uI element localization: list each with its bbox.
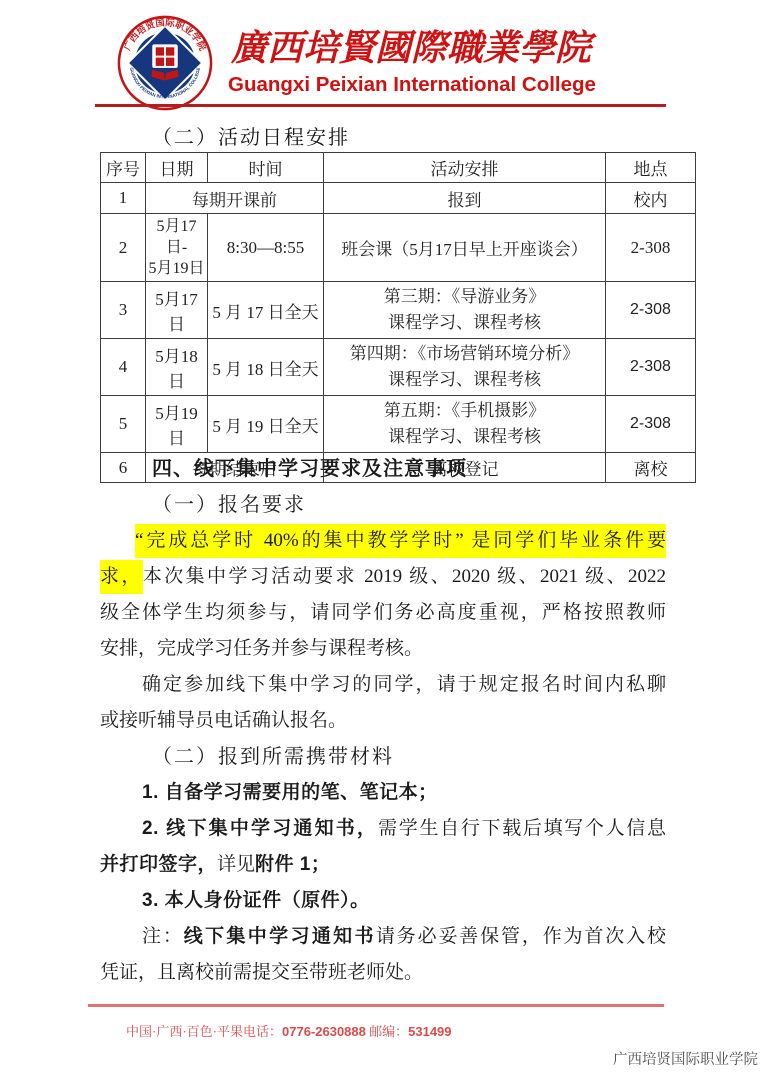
- col-header-date: 日期: [146, 153, 208, 183]
- cell-location: 2-308: [606, 339, 696, 396]
- document-page: 广西培贤国际职业学院 GUANGXI PEIXIAN INTERNATIONAL…: [0, 0, 764, 1080]
- cell-activity: 报到: [324, 183, 606, 214]
- cell-activity: 第三期：《导游业务》 课程学习、课程考核: [324, 282, 606, 339]
- cell-datetime: 每期开课前: [146, 183, 324, 214]
- table-row: 5 5月19日 5 月 19 日全天 第五期：《手机摄影》 课程学习、课程考核 …: [101, 396, 696, 453]
- table-header-row: 序号 日期 时间 活动安排 地点: [101, 153, 696, 183]
- college-title-zh: 廣西培賢國際職業學院: [228, 26, 594, 70]
- highlighted-text: “完成总学时 40%的集中教学学时” 是同学们毕业条件要: [135, 524, 666, 558]
- footer-postal-label: 邮编：: [369, 1024, 408, 1039]
- paragraph-line: 安排，完成学习任务并参与课程考核。: [100, 631, 666, 667]
- paragraph-text: 本次集中学习活动要求 2019 级、2020 级、2021 级、2022: [143, 566, 666, 587]
- col-header-time: 时间: [208, 153, 324, 183]
- body-text: 四、线下集中学习要求及注意事项 （一）报名要求 “完成总学时 40%的集中教学学…: [100, 451, 666, 991]
- cell-no: 1: [101, 183, 146, 214]
- cell-no: 2: [101, 214, 146, 282]
- paragraph-line: 级全体学生均须参与，请同学们务必高度重视，严格按照教师: [100, 595, 666, 631]
- cell-no: 4: [101, 339, 146, 396]
- highlighted-text: 求，: [100, 560, 143, 594]
- cell-location: 校内: [606, 183, 696, 214]
- col-header-activity: 活动安排: [324, 153, 606, 183]
- corner-college-name: 广西培贤国际职业学院: [613, 1048, 758, 1069]
- cell-time: 5 月 19 日全天: [208, 396, 324, 453]
- col-header-location: 地点: [606, 153, 696, 183]
- cell-time: 8:30—8:55: [208, 214, 324, 282]
- header-divider: [95, 104, 666, 107]
- college-title-block: 廣西培賢國際職業學院 Guangxi Peixian International…: [228, 26, 594, 100]
- list-item-3: 3. 本人身份证件（原件）。: [100, 883, 666, 919]
- bold-text: 并打印签字，: [100, 854, 217, 875]
- footer-contact: 中国·广西·百色·平果电话：0776-2630888 邮编：531499: [126, 1021, 452, 1040]
- note-label: 注：: [142, 926, 184, 947]
- cell-activity: 班会课（5月17日早上开座谈会）: [324, 214, 606, 282]
- cell-location: 2-308: [606, 214, 696, 282]
- cell-no: 5: [101, 396, 146, 453]
- cell-activity: 第五期：《手机摄影》 课程学习、课程考核: [324, 396, 606, 453]
- subsection-1-heading: （一）报名要求: [100, 487, 666, 523]
- schedule-heading: （二）活动日程安排: [152, 121, 350, 150]
- cell-location: 2-308: [606, 282, 696, 339]
- paragraph-text: 详见: [217, 854, 255, 875]
- cell-date: 5月18日: [146, 339, 208, 396]
- bold-text: 2. 线下集中学习通知书，: [142, 818, 378, 839]
- footer-phone: 0776-2630888: [282, 1024, 366, 1039]
- list-item-2: 2. 线下集中学习通知书，需学生自行下载后填写个人信息: [100, 811, 666, 847]
- bold-text: 线下集中学习通知书: [184, 926, 376, 947]
- col-header-no: 序号: [101, 153, 146, 183]
- table-row: 1 每期开课前 报到 校内: [101, 183, 696, 214]
- paragraph-text: 请务必妥善保管，作为首次入校: [376, 926, 666, 947]
- cell-time: 5 月 18 日全天: [208, 339, 324, 396]
- cell-no: 3: [101, 282, 146, 339]
- subsection-2-heading: （二）报到所需携带材料: [100, 739, 666, 775]
- paragraph-line: “完成总学时 40%的集中教学学时” 是同学们毕业条件要: [100, 523, 666, 559]
- footer-divider: [88, 1004, 664, 1007]
- note-line-continued: 凭证，且离校前需提交至带班老师处。: [100, 955, 666, 991]
- table-row: 4 5月18日 5 月 18 日全天 第四期：《市场营销环境分析》 课程学习、课…: [101, 339, 696, 396]
- table-row: 3 5月17日 5 月 17 日全天 第三期：《导游业务》 课程学习、课程考核 …: [101, 282, 696, 339]
- list-item-1: 1. 自备学习需要用的笔、笔记本；: [100, 775, 666, 811]
- paragraph-text: 需学生自行下载后填写个人信息: [378, 818, 666, 839]
- cell-time: 5 月 17 日全天: [208, 282, 324, 339]
- paragraph-line: 或接听辅导员电话确认报名。: [100, 703, 666, 739]
- cell-date: 5月17日- 5月19日: [146, 214, 208, 282]
- cell-date: 5月19日: [146, 396, 208, 453]
- list-item-2-continued: 并打印签字，详见附件 1；: [100, 847, 666, 883]
- note-line: 注：线下集中学习通知书请务必妥善保管，作为首次入校: [100, 919, 666, 955]
- schedule-table: 序号 日期 时间 活动安排 地点 1 每期开课前 报到 校内 2 5月17日- …: [100, 152, 696, 483]
- bold-text: 附件 1；: [255, 854, 330, 875]
- college-emblem-icon: 广西培贤国际职业学院 GUANGXI PEIXIAN INTERNATIONAL…: [116, 14, 214, 112]
- table-row: 2 5月17日- 5月19日 8:30—8:55 班会课（5月17日早上开座谈会…: [101, 214, 696, 282]
- college-title-en: Guangxi Peixian International College: [228, 70, 594, 100]
- paragraph-line: 确定参加线下集中学习的同学，请于规定报名时间内私聊: [100, 667, 666, 703]
- section-4-heading: 四、线下集中学习要求及注意事项: [100, 451, 666, 487]
- cell-location: 2-308: [606, 396, 696, 453]
- footer-address: 中国·广西·百色·平果电话：: [126, 1024, 282, 1039]
- cell-activity: 第四期：《市场营销环境分析》 课程学习、课程考核: [324, 339, 606, 396]
- cell-date: 5月17日: [146, 282, 208, 339]
- paragraph-line: 求，本次集中学习活动要求 2019 级、2020 级、2021 级、2022: [100, 559, 666, 595]
- footer-postal-code: 531499: [408, 1024, 451, 1039]
